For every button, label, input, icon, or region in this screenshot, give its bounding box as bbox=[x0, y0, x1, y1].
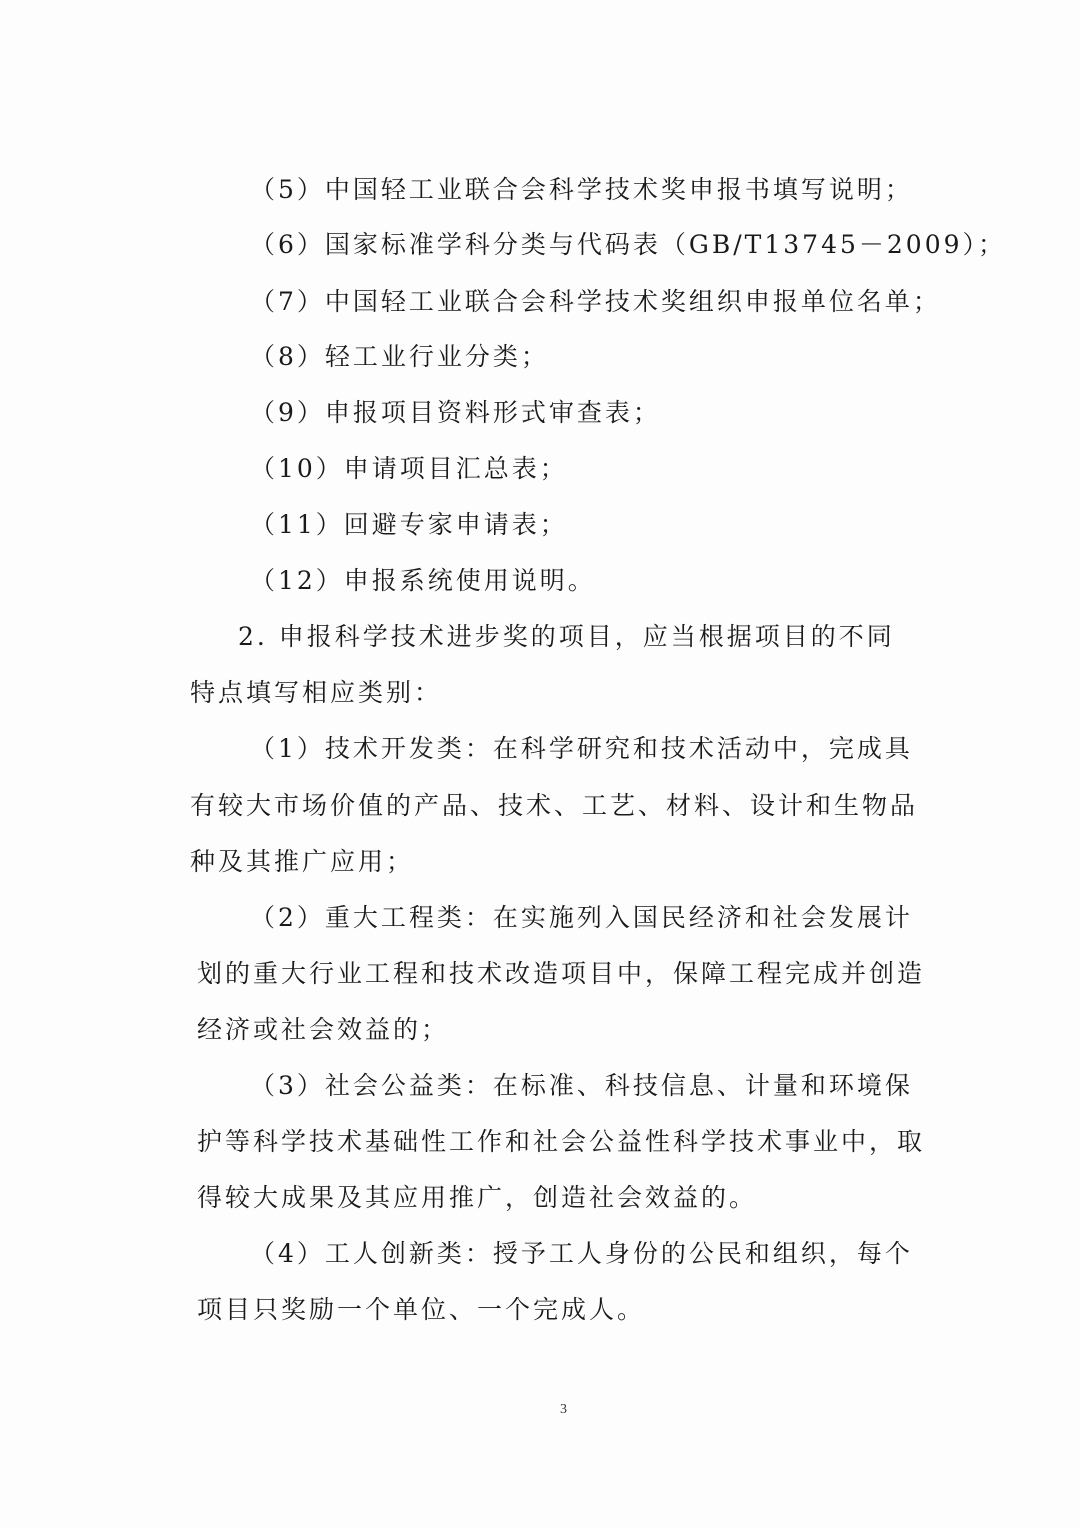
document-page: （5）中国轻工业联合会科学技术奖申报书填写说明； （6）国家标准学科分类与代码表… bbox=[0, 0, 1080, 1527]
category-2-line-3: 经济或社会效益的； bbox=[197, 1014, 449, 1046]
list-item-7: （7）中国轻工业联合会科学技术奖组织申报单位名单； bbox=[250, 286, 941, 318]
category-1-line-2: 有较大市场价值的产品、技术、工艺、材料、设计和生物品 bbox=[190, 790, 918, 822]
section-2-heading-line: 2. 申报科学技术进步奖的项目，应当根据项目的不同 bbox=[238, 621, 895, 653]
section-2-continuation: 特点填写相应类别： bbox=[190, 677, 442, 709]
list-item-8: （8）轻工业行业分类； bbox=[250, 341, 549, 373]
list-item-12: （12）申报系统使用说明。 bbox=[250, 565, 596, 597]
category-4-line-1: （4）工人创新类：授予工人身份的公民和组织，每个 bbox=[250, 1238, 913, 1270]
category-4-line-2: 项目只奖励一个单位、一个完成人。 bbox=[197, 1294, 645, 1326]
category-3-line-3: 得较大成果及其应用推广，创造社会效益的。 bbox=[197, 1182, 757, 1214]
page-number: 3 bbox=[560, 1402, 567, 1418]
list-item-6: （6）国家标准学科分类与代码表（GB/T13745－2009）； bbox=[250, 229, 1006, 261]
category-3-line-1: （3）社会公益类：在标准、科技信息、计量和环境保 bbox=[250, 1070, 913, 1102]
list-item-9: （9）申报项目资料形式审查表； bbox=[250, 397, 661, 429]
category-2-line-1: （2）重大工程类：在实施列入国民经济和社会发展计 bbox=[250, 902, 913, 934]
category-2-line-2: 划的重大行业工程和技术改造项目中，保障工程完成并创造 bbox=[197, 958, 925, 990]
list-item-10: （10）申请项目汇总表； bbox=[250, 453, 568, 485]
list-item-5: （5）中国轻工业联合会科学技术奖申报书填写说明； bbox=[250, 174, 913, 206]
list-item-11: （11）回避专家申请表； bbox=[250, 509, 568, 541]
category-3-line-2: 护等科学技术基础性工作和社会公益性科学技术事业中，取 bbox=[197, 1126, 925, 1158]
category-1-line-1: （1）技术开发类：在科学研究和技术活动中，完成具 bbox=[250, 733, 913, 765]
category-1-line-3: 种及其推广应用； bbox=[190, 846, 414, 878]
